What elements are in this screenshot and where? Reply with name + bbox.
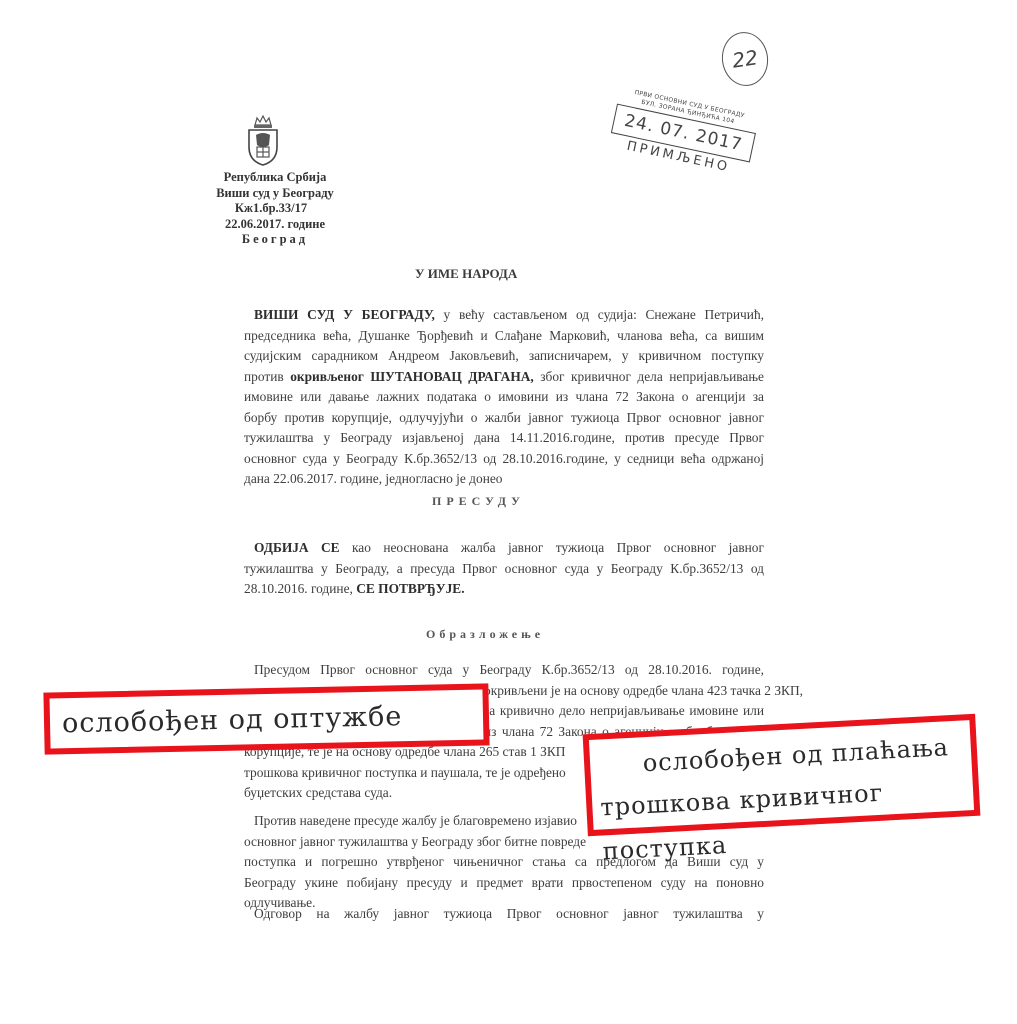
text-line: 28.10.2016. године, СЕ ПОТВРЂУЈЕ. — [244, 579, 764, 600]
text-line: имовине или давање лажних података о имо… — [244, 387, 764, 408]
header-city: Београд — [195, 232, 355, 248]
text-line: Одговор на жалбу јавног тужиоца Првог ос… — [244, 904, 764, 925]
text-line: тужилаштва у Београду изјављеној дана 14… — [244, 428, 764, 449]
verdict-paragraph: ОДБИЈА СЕ као неоснована жалба јавног ту… — [244, 538, 764, 600]
text-line: председника већа, Душанке Ђорђевић и Сла… — [244, 326, 764, 347]
intro-paragraph: ВИШИ СУД У БЕОГРАДУ, у већу састављеном … — [244, 305, 764, 490]
text-line: против окривљеног ШУТАНОВАЦ ДРАГАНА, збо… — [244, 367, 764, 388]
highlight-callout-acquitted: ослобођен од оптужбе — [43, 683, 489, 754]
text-line: основног суда у Београду К.бр.3652/13 од… — [244, 449, 764, 470]
highlight-callout-costs-exempt: ослобођен од плаћања трошкова кривичног … — [583, 714, 981, 836]
callout-exempt-line-2: трошкова кривичног поступка — [599, 766, 968, 873]
case-number: Кж1.бр.33/17 — [187, 201, 355, 217]
text-line: Пресудом Првог основног суда у Београду … — [244, 660, 764, 681]
heading-reasoning: Образложење — [426, 627, 544, 642]
republic-name: Република Србија — [195, 170, 355, 186]
court-header: Република Србија Виши суд у Београду Кж1… — [195, 170, 355, 248]
text-line: ВИШИ СУД У БЕОГРАДУ, у већу састављеном … — [244, 305, 764, 326]
text-line: дана 22.06.2017. године, једногласно је … — [244, 469, 764, 490]
heading-verdict: ПРЕСУДУ — [432, 494, 525, 509]
court-name: Виши суд у Београду — [195, 186, 355, 202]
text-line: Београду укине побијану пресуду и предме… — [244, 873, 764, 894]
heading-in-the-name-of-the-people: У ИМЕ НАРОДА — [415, 266, 517, 282]
text-line: судијским сарадником Андреом Јаковљевић,… — [244, 346, 764, 367]
handwritten-page-number: 22 — [718, 29, 771, 89]
callout-acquitted-text: ослобођен од оптужбе — [62, 701, 403, 739]
serbian-coat-of-arms-icon — [245, 115, 281, 167]
text-line: тужилаштва у Београду, а пресуда Првог о… — [244, 559, 764, 580]
reasoning-paragraph-3: Одговор на жалбу јавног тужиоца Првог ос… — [244, 904, 764, 925]
court-verdict-document: 22 ПРВИ ОСНОВНИ СУД У БЕОГРАДУ БУЛ. ЗОРА… — [0, 0, 1017, 1024]
received-stamp: ПРВИ ОСНОВНИ СУД У БЕОГРАДУ БУЛ. ЗОРАНА … — [606, 86, 759, 184]
text-line: борбу против корупције, одлучујући о жал… — [244, 408, 764, 429]
text-line: ОДБИЈА СЕ као неоснована жалба јавног ту… — [244, 538, 764, 559]
header-date: 22.06.2017. године — [195, 217, 355, 233]
